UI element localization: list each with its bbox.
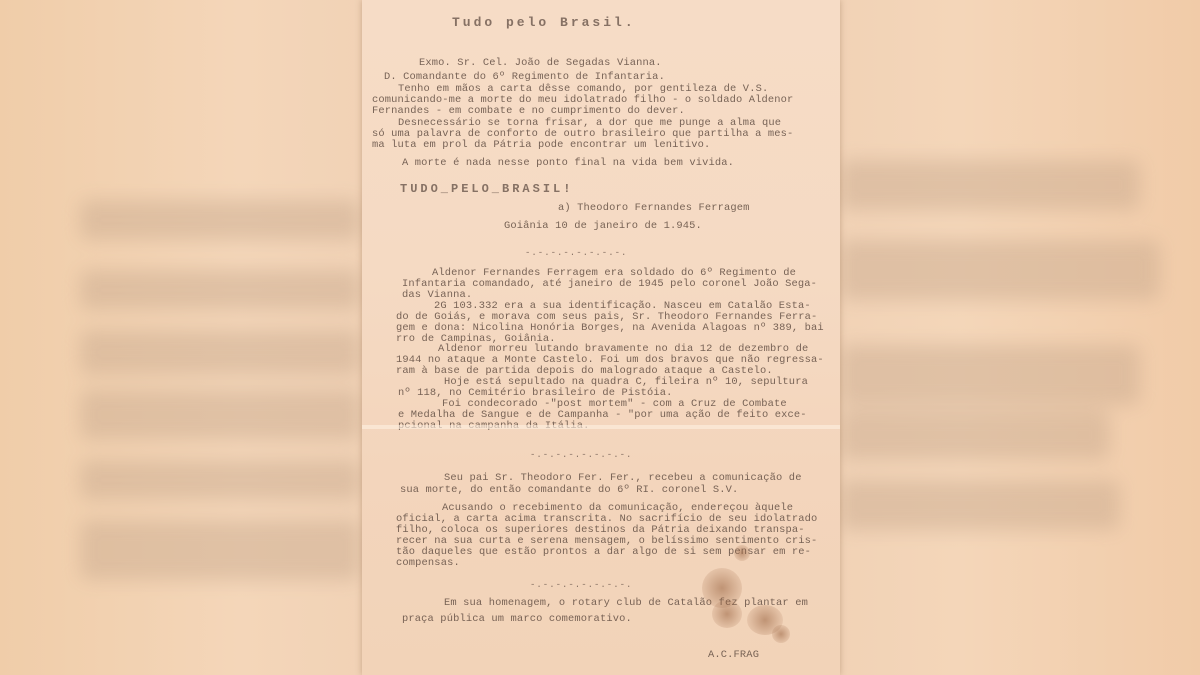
separator: -.-.-.-.-.-.-.-. <box>525 248 627 259</box>
blurred-background-left <box>0 0 370 675</box>
letter-line: ma luta em prol da Pátria pode encontrar… <box>372 140 710 151</box>
date-line: Goiânia 10 de janeiro de 1.945. <box>504 221 702 232</box>
tribute-line: praça pública um marco comemorativo. <box>402 614 632 625</box>
letter-line: Fernandes - em combate e no cumprimento … <box>372 106 685 117</box>
closing-line: compensas. <box>396 558 460 569</box>
closing-line: sua morte, do então comandante do 6º RI.… <box>400 485 738 496</box>
letter-line: A morte é nada nesse ponto final na vida… <box>402 158 734 169</box>
blurred-background-right <box>830 0 1200 675</box>
paper-stain <box>772 625 790 643</box>
bio-line: pcional na campanha da Itália. <box>398 421 590 432</box>
closing-line: Seu pai Sr. Theodoro Fer. Fer., recebeu … <box>444 473 802 484</box>
paper-stain <box>734 545 750 561</box>
signature: a) Theodoro Fernandes Ferragem <box>558 203 750 214</box>
headline: Tudo pelo Brasil. <box>452 17 636 28</box>
initials: A.C.FRAG <box>708 650 759 661</box>
separator: -.-.-.-.-.-.-.-. <box>530 580 632 591</box>
separator: -.-.-.-.-.-.-.-. <box>530 450 632 461</box>
salutation: Exmo. Sr. Cel. João de Segadas Vianna. <box>419 58 662 69</box>
motto: TUDO_PELO_BRASIL! <box>400 184 573 195</box>
typewritten-letter: Tudo pelo Brasil. Exmo. Sr. Cel. João de… <box>362 0 840 675</box>
letter-line: D. Comandante do 6º Regimento de Infanta… <box>384 72 665 83</box>
paper-stain <box>712 600 742 628</box>
